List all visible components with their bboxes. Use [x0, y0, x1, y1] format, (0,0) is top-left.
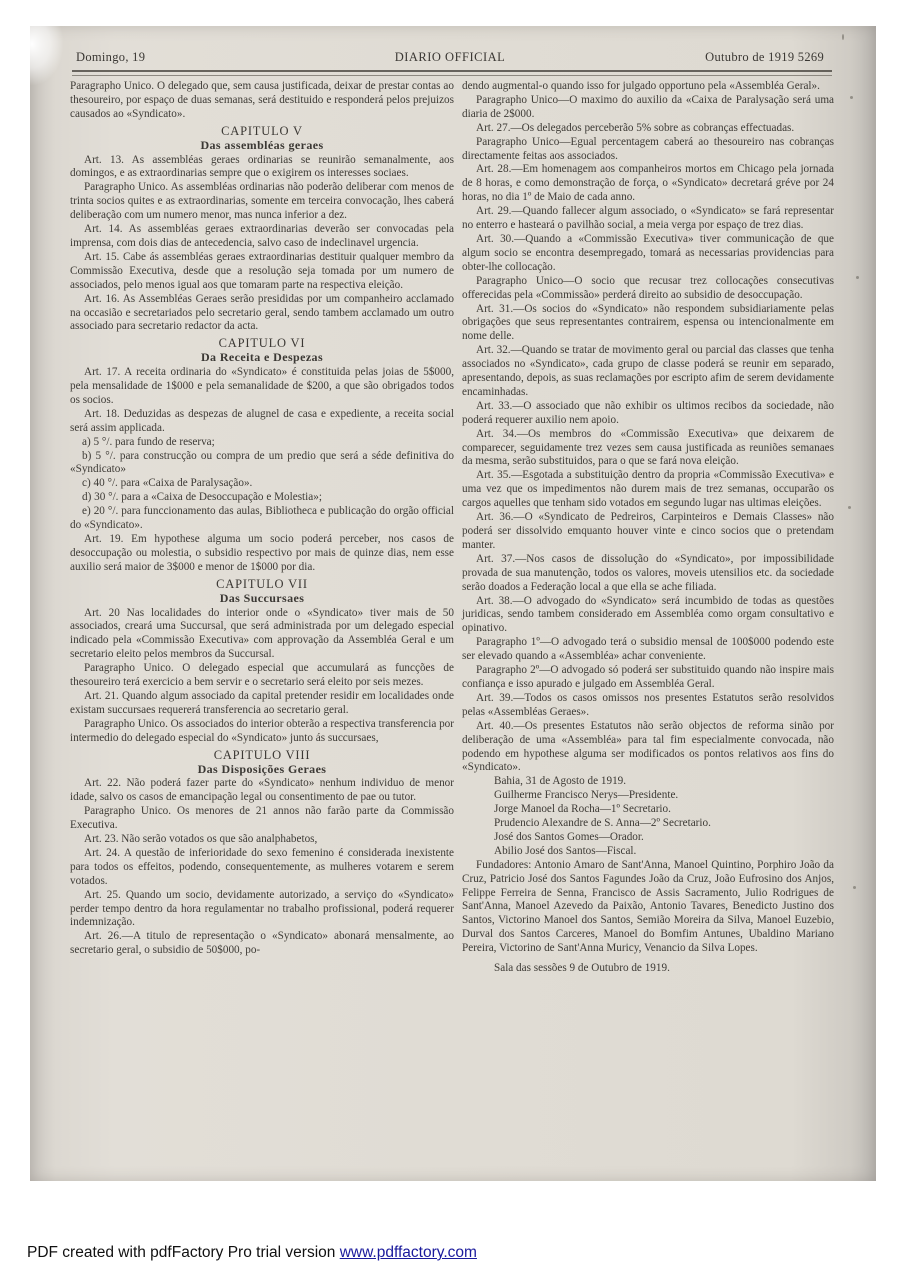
article-paragraph: Art. 27.—Os delegados perceberão 5% sobr…	[462, 122, 834, 136]
article-paragraph: Paragrapho Unico. Os menores de 21 annos…	[70, 805, 454, 833]
header-rule	[72, 70, 832, 76]
scan-speck	[848, 506, 851, 509]
article-paragraph: Art. 18. Deduzidas as despezas de alugne…	[70, 408, 454, 436]
signatory-line: Prudencio Alexandre de S. Anna—2º Secret…	[462, 817, 834, 831]
chapter-title: Das Disposições Geraes	[70, 763, 454, 777]
list-item: a) 5 °/. para fundo de reserva;	[70, 436, 454, 450]
article-paragraph: Art. 15. Cabe ás assembléas geraes extra…	[70, 251, 454, 293]
article-paragraph: Art. 38.—O advogado do «Syndicato» será …	[462, 595, 834, 637]
list-item: e) 20 °/. para funccionamento das aulas,…	[70, 505, 454, 533]
article-paragraph: Art. 30.—Quando a «Commissão Executiva» …	[462, 233, 834, 275]
chapter-title: Da Receita e Despezas	[70, 351, 454, 365]
dateline: Bahia, 31 de Agosto de 1919.	[462, 775, 834, 789]
left-column: Paragrapho Unico. O delegado que, sem ca…	[70, 80, 454, 958]
article-paragraph: Paragrapho 2º—O advogado só poderá ser s…	[462, 664, 834, 692]
scan-speck	[850, 96, 853, 99]
article-paragraph: Art. 34.—Os membros do «Commissão Execut…	[462, 428, 834, 470]
article-paragraph: Art. 16. As Assembléas Geraes serão pres…	[70, 293, 454, 335]
article-paragraph: Art. 33.—O associado que não exhibir os …	[462, 400, 834, 428]
list-item: b) 5 °/. para construcção ou compra de u…	[70, 450, 454, 478]
header-date-page: Outubro de 1919 5269	[705, 50, 824, 65]
article-paragraph: Art. 25. Quando um socio, devidamente au…	[70, 889, 454, 931]
page-header: Domingo, 19 DIARIO OFFICIAL Outubro de 1…	[76, 50, 824, 70]
article-paragraph: Paragrapho Unico—O socio que recusar tre…	[462, 275, 834, 303]
chapter-title: Das assembléas geraes	[70, 139, 454, 153]
scan-speck	[842, 34, 844, 40]
article-paragraph: Paragrapho Unico. As assembléas ordinari…	[70, 181, 454, 223]
article-paragraph: Art. 39.—Todos os casos omissos nos pres…	[462, 692, 834, 720]
signatory-line: Abilio José dos Santos—Fiscal.	[462, 845, 834, 859]
chapter-heading: CAPITULO VII	[70, 578, 454, 592]
chapter-heading: CAPITULO VI	[70, 337, 454, 351]
signatory-line: Jorge Manoel da Rocha—1º Secretario.	[462, 803, 834, 817]
signatory-line: José dos Santos Gomes—Orador.	[462, 831, 834, 845]
article-paragraph: Paragrapho Unico. Os associados do inter…	[70, 718, 454, 746]
article-paragraph: Art. 37.—Nos casos de dissolução do «Syn…	[462, 553, 834, 595]
article-paragraph: Fundadores: Antonio Amaro de Sant'Anna, …	[462, 859, 834, 956]
article-paragraph: Art. 14. As assembléas geraes extraordin…	[70, 223, 454, 251]
article-paragraph: Art. 13. As assembléas geraes ordinarias…	[70, 154, 454, 182]
list-item: c) 40 °/. para «Caixa de Paralysação».	[70, 477, 454, 491]
article-paragraph: Art. 24. A questão de inferioridade do s…	[70, 847, 454, 889]
article-paragraph: Paragrapho 1º—O advogado terá o subsidio…	[462, 636, 834, 664]
header-day: Domingo, 19	[76, 50, 145, 65]
session-note: Sala das sessões 9 de Outubro de 1919.	[462, 962, 834, 976]
article-paragraph: Art. 32.—Quando se tratar de movimento g…	[462, 344, 834, 400]
article-paragraph: Paragrapho Unico—Egual percentagem caber…	[462, 136, 834, 164]
article-paragraph: Art. 29.—Quando fallecer algum associado…	[462, 205, 834, 233]
article-paragraph: Art. 28.—Em homenagem aos companheiros m…	[462, 163, 834, 205]
article-paragraph: Art. 31.—Os socios do «Syndicato» não re…	[462, 303, 834, 345]
right-column: dendo augmental-o quando isso for julgad…	[462, 80, 834, 976]
scanned-newspaper-page: Domingo, 19 DIARIO OFFICIAL Outubro de 1…	[30, 26, 876, 1181]
article-paragraph: Paragrapho Unico. O delegado especial qu…	[70, 662, 454, 690]
article-paragraph: Art. 17. A receita ordinaria do «Syndica…	[70, 366, 454, 408]
chapter-title: Das Succursaes	[70, 592, 454, 606]
chapter-heading: CAPITULO VIII	[70, 749, 454, 763]
scan-speck	[856, 276, 859, 279]
list-item: d) 30 °/. para a «Caixa de Desoccupação …	[70, 491, 454, 505]
article-paragraph: Art. 36.—O «Syndicato de Pedreiros, Carp…	[462, 511, 834, 553]
article-paragraph: Paragrapho Unico. O delegado que, sem ca…	[70, 80, 454, 122]
article-paragraph: Art. 40.—Os presentes Estatutos não serã…	[462, 720, 834, 776]
article-paragraph: dendo augmental-o quando isso for julgad…	[462, 80, 834, 94]
article-paragraph: Art. 35.—Esgotada a substituição dentro …	[462, 469, 834, 511]
article-paragraph: Paragrapho Unico—O maximo do auxilio da …	[462, 94, 834, 122]
article-paragraph: Art. 19. Em hypothese alguma um socio po…	[70, 533, 454, 575]
scan-speck	[853, 886, 856, 889]
article-paragraph: Art. 26.—A titulo de representação o «Sy…	[70, 930, 454, 958]
article-paragraph: Art. 20 Nas localidades do interior onde…	[70, 607, 454, 663]
pdf-watermark-footer: PDF created with pdfFactory Pro trial ve…	[27, 1244, 477, 1262]
article-paragraph: Art. 22. Não poderá fazer parte do «Synd…	[70, 777, 454, 805]
pdffactory-link[interactable]: www.pdffactory.com	[340, 1244, 477, 1261]
chapter-heading: CAPITULO V	[70, 125, 454, 139]
article-paragraph: Art. 21. Quando algum associado da capit…	[70, 690, 454, 718]
newspaper-title: DIARIO OFFICIAL	[395, 50, 506, 65]
article-paragraph: Art. 23. Não serão votados os que são an…	[70, 833, 454, 847]
signatory-line: Guilherme Francisco Nerys—Presidente.	[462, 789, 834, 803]
footer-text: PDF created with pdfFactory Pro trial ve…	[27, 1244, 340, 1261]
